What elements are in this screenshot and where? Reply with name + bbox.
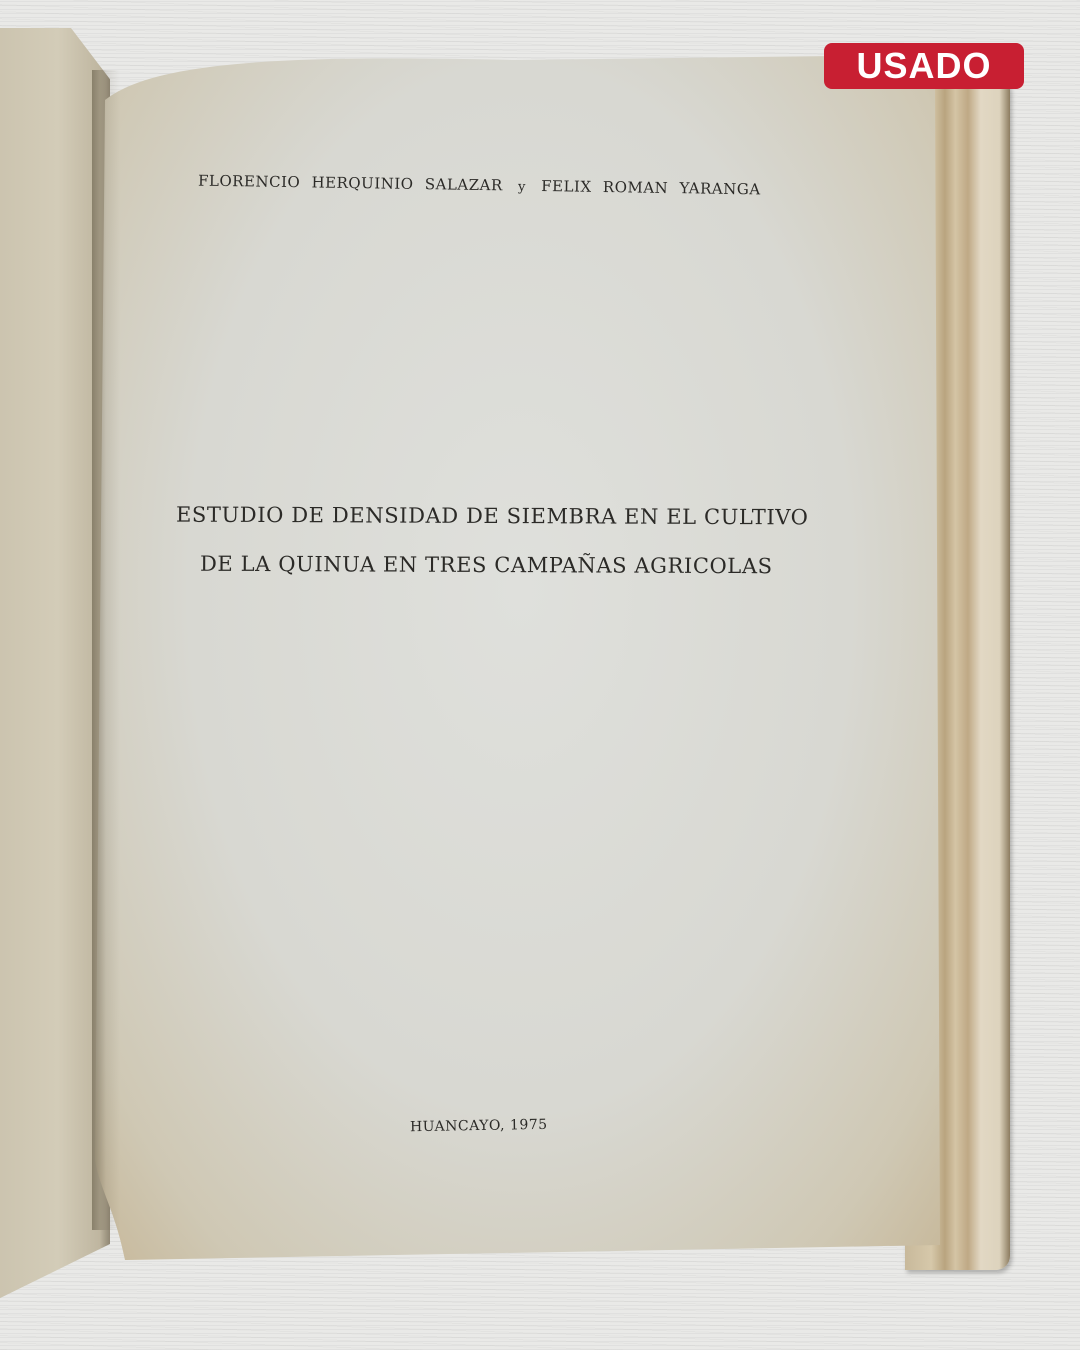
- book-title-line-2: DE LA QUINUA EN TRES CAMPAÑAS AGRICOLAS: [200, 552, 773, 578]
- gutter-shadow: [92, 70, 120, 1230]
- title-page: [95, 40, 945, 1260]
- condition-badge: USADO: [824, 43, 1024, 89]
- author-conjunction: y: [518, 180, 526, 195]
- open-book-photo: FLORENCIO HERQUINIO SALAZAR y FELIX ROMA…: [0, 0, 1080, 1350]
- condition-badge-label: USADO: [856, 45, 991, 87]
- book-title-line-1: ESTUDIO DE DENSIDAD DE SIEMBRA EN EL CUL…: [176, 503, 809, 530]
- imprint-place-year: HUANCAYO, 1975: [410, 1117, 548, 1135]
- author-2: FELIX ROMAN YARANGA: [541, 177, 761, 198]
